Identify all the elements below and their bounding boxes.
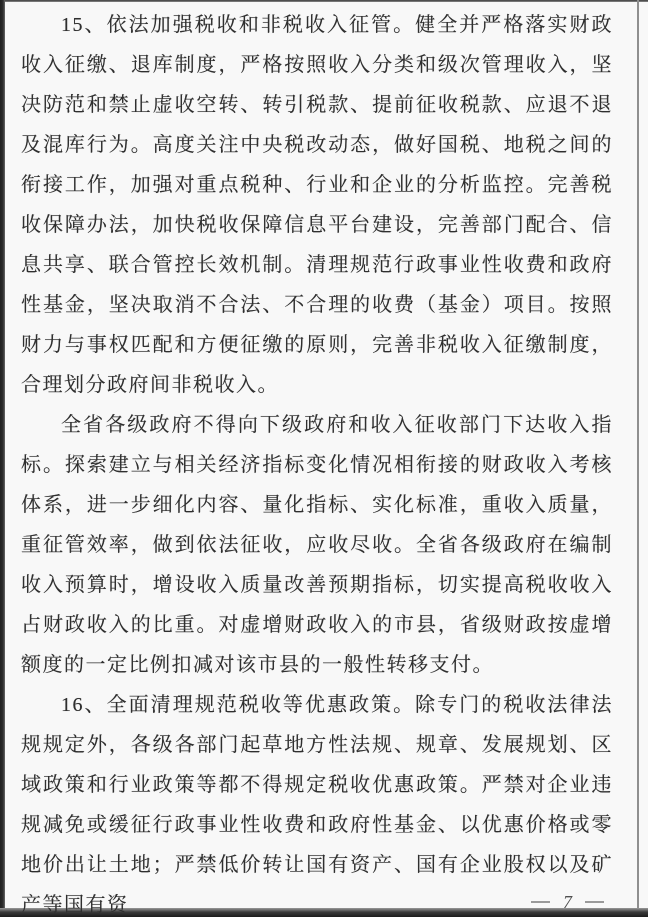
page-footer: 7 xyxy=(531,893,604,911)
paragraph-item-15: 15、依法加强税收和非税收入征管。健全并严格落实财政收入征缴、退库制度，严格按照… xyxy=(21,5,613,405)
scan-edge-left xyxy=(0,0,5,917)
scan-edge-top xyxy=(0,0,648,2)
footer-dash-right xyxy=(585,901,604,903)
paragraph-item-16: 16、全面清理规范税收等优惠政策。除专门的税收法律法规规定外，各级各部门起草地方… xyxy=(21,685,613,917)
footer-dash-left xyxy=(531,901,550,903)
page-number: 7 xyxy=(563,893,572,911)
page-border-right xyxy=(637,0,639,908)
document-page: 15、依法加强税收和非税收入征管。健全并严格落实财政收入征缴、退库制度，严格按照… xyxy=(0,0,648,917)
document-body: 15、依法加强税收和非税收入征管。健全并严格落实财政收入征缴、退库制度，严格按照… xyxy=(21,5,613,917)
paragraph-item-15-continued: 全省各级政府不得向下级政府和收入征收部门下达收入指标。探索建立与相关经济指标变化… xyxy=(21,405,613,685)
